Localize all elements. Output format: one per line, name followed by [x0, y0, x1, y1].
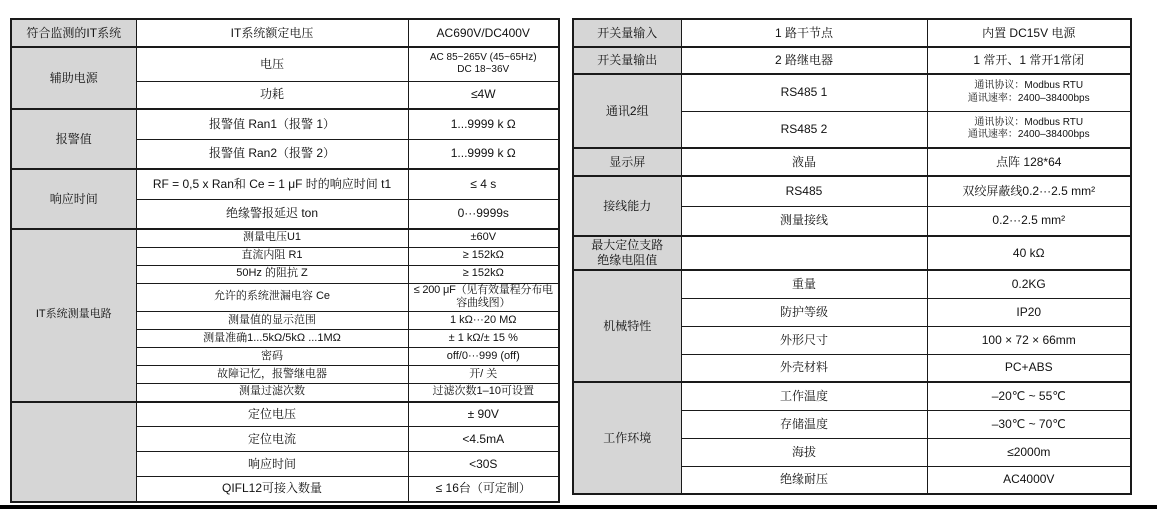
- param-value-cell: 通讯协议：Modbus RTU 通讯速率：2400–38400bps: [927, 74, 1131, 111]
- param-name-cell: 海拔: [681, 438, 927, 466]
- param-value-cell: ≤4W: [408, 81, 559, 109]
- table-row: 报警值 报警值 Ran1（报警 1） 1...9999 k Ω: [11, 109, 559, 139]
- param-name-cell: 测量电压U1: [136, 229, 408, 247]
- left-spec-table: 符合监测的IT系统 IT系统额定电压 AC690V/DC400V 辅助电源 电压…: [10, 18, 560, 503]
- param-value-cell: ±60V: [408, 229, 559, 247]
- table-row: 辅助电源 电压 AC 85~265V (45~65Hz) DC 18~36V: [11, 47, 559, 81]
- param-name-cell: 密码: [136, 348, 408, 366]
- param-name-cell: 测量准确1...5kΩ/5kΩ ...1MΩ: [136, 330, 408, 348]
- param-name-cell: 外壳材料: [681, 354, 927, 382]
- group-label-cell: 开关量输出: [573, 47, 681, 74]
- param-name-cell: 测量值的显示范围: [136, 312, 408, 330]
- param-name-cell: 定位电流: [136, 427, 408, 452]
- param-value-cell: IP20: [927, 298, 1131, 326]
- table-row: 通讯2组 RS485 1 通讯协议：Modbus RTU 通讯速率：2400–3…: [573, 74, 1131, 111]
- param-name-cell: 直流内阻 R1: [136, 247, 408, 265]
- param-value-cell: ≤ 16台（可定制）: [408, 477, 559, 502]
- table-row: 定位电压 ± 90V: [11, 402, 559, 427]
- group-label-cell: 机械特性: [573, 270, 681, 382]
- param-name-cell: [681, 236, 927, 270]
- param-value-cell: 双绞屏蔽线0.2···2.5 mm²: [927, 176, 1131, 206]
- param-name-cell: 工作温度: [681, 382, 927, 410]
- param-name-cell: RS485 1: [681, 74, 927, 111]
- param-value-cell: 1...9999 k Ω: [408, 109, 559, 139]
- param-name-cell: IT系统额定电压: [136, 19, 408, 47]
- param-name-cell: 50Hz 的阻抗 Z: [136, 265, 408, 283]
- param-name-cell: 绝缘警报延迟 ton: [136, 199, 408, 229]
- param-value-cell: 通讯协议：Modbus RTU 通讯速率：2400–38400bps: [927, 111, 1131, 148]
- param-value-cell: 40 kΩ: [927, 236, 1131, 270]
- param-value-cell: –20℃ ~ 55℃: [927, 382, 1131, 410]
- param-value-cell: 0···9999s: [408, 199, 559, 229]
- param-name-cell: 测量过滤次数: [136, 384, 408, 402]
- param-name-cell: 外形尺寸: [681, 326, 927, 354]
- param-value-cell: ≥ 152kΩ: [408, 265, 559, 283]
- param-value-cell: –30℃ ~ 70℃: [927, 410, 1131, 438]
- footer-divider-rule: [0, 505, 1157, 509]
- param-name-cell: 重量: [681, 270, 927, 298]
- group-label-cell: 接线能力: [573, 176, 681, 236]
- param-value-cell: 0.2···2.5 mm²: [927, 206, 1131, 236]
- param-value-cell: 1 kΩ···20 MΩ: [408, 312, 559, 330]
- param-value-cell: ≥ 152kΩ: [408, 247, 559, 265]
- param-name-cell: RS485 2: [681, 111, 927, 148]
- param-value-cell: ± 90V: [408, 402, 559, 427]
- param-name-cell: 1 路干节点: [681, 19, 927, 47]
- param-name-cell: 测量接线: [681, 206, 927, 236]
- spec-sheet-page: 符合监测的IT系统 IT系统额定电压 AC690V/DC400V 辅助电源 电压…: [0, 0, 1157, 515]
- param-name-cell: 功耗: [136, 81, 408, 109]
- right-spec-table: 开关量输入 1 路干节点 内置 DC15V 电源 开关量输出 2 路继电器 1 …: [572, 18, 1132, 495]
- group-label-cell: 辅助电源: [11, 47, 136, 109]
- table-row: IT系统测量电路 测量电压U1 ±60V: [11, 229, 559, 247]
- param-name-cell: RS485: [681, 176, 927, 206]
- param-value-cell: 开/ 关: [408, 366, 559, 384]
- table-row: 开关量输入 1 路干节点 内置 DC15V 电源: [573, 19, 1131, 47]
- table-row: 工作环境 工作温度 –20℃ ~ 55℃: [573, 382, 1131, 410]
- group-label-cell: 显示屏: [573, 148, 681, 176]
- param-value-cell: off/0···999 (off): [408, 348, 559, 366]
- param-value-cell: <30S: [408, 452, 559, 477]
- table-row: 响应时间 RF = 0,5 x Ran和 Ce = 1 μF 时的响应时间 t1…: [11, 169, 559, 199]
- table-row: 开关量输出 2 路继电器 1 常开、1 常开1常闭: [573, 47, 1131, 74]
- param-value-cell: AC 85~265V (45~65Hz) DC 18~36V: [408, 47, 559, 81]
- group-label-cell: 工作环境: [573, 382, 681, 494]
- param-name-cell: 液晶: [681, 148, 927, 176]
- param-value-cell: <4.5mA: [408, 427, 559, 452]
- param-name-cell: 报警值 Ran1（报警 1）: [136, 109, 408, 139]
- param-name-cell: 防护等级: [681, 298, 927, 326]
- param-value-cell: ± 1 kΩ/± 15 %: [408, 330, 559, 348]
- group-label-cell: [11, 402, 136, 502]
- param-name-cell: QIFL12可接入数量: [136, 477, 408, 502]
- table-row: 符合监测的IT系统 IT系统额定电压 AC690V/DC400V: [11, 19, 559, 47]
- param-value-cell: 1 常开、1 常开1常闭: [927, 47, 1131, 74]
- param-value-cell: 0.2KG: [927, 270, 1131, 298]
- table-row: 最大定位支路 绝缘电阻值 40 kΩ: [573, 236, 1131, 270]
- group-label-cell: 报警值: [11, 109, 136, 169]
- param-name-cell: 报警值 Ran2（报警 2）: [136, 139, 408, 169]
- param-name-cell: 2 路继电器: [681, 47, 927, 74]
- param-value-cell: AC4000V: [927, 466, 1131, 494]
- param-value-cell: 点阵 128*64: [927, 148, 1131, 176]
- param-value-cell: 过滤次数1–10可设置: [408, 384, 559, 402]
- param-value-cell: ≤ 200 μF（见有效量程分布电容曲线图）: [408, 283, 559, 312]
- param-value-cell: AC690V/DC400V: [408, 19, 559, 47]
- param-value-cell: 100 × 72 × 66mm: [927, 326, 1131, 354]
- param-value-cell: ≤ 4 s: [408, 169, 559, 199]
- param-name-cell: 绝缘耐压: [681, 466, 927, 494]
- param-value-cell: ≤2000m: [927, 438, 1131, 466]
- table-row: 显示屏 液晶 点阵 128*64: [573, 148, 1131, 176]
- group-label-cell: IT系统测量电路: [11, 229, 136, 402]
- group-label-cell: 符合监测的IT系统: [11, 19, 136, 47]
- table-row: 机械特性 重量 0.2KG: [573, 270, 1131, 298]
- param-name-cell: 响应时间: [136, 452, 408, 477]
- group-label-cell: 通讯2组: [573, 74, 681, 148]
- group-label-cell: 开关量输入: [573, 19, 681, 47]
- param-name-cell: 电压: [136, 47, 408, 81]
- param-name-cell: 存储温度: [681, 410, 927, 438]
- param-value-cell: 内置 DC15V 电源: [927, 19, 1131, 47]
- table-row: 接线能力 RS485 双绞屏蔽线0.2···2.5 mm²: [573, 176, 1131, 206]
- param-value-cell: PC+ABS: [927, 354, 1131, 382]
- param-name-cell: 故障记忆，报警继电器: [136, 366, 408, 384]
- param-name-cell: 允许的系统泄漏电容 Ce: [136, 283, 408, 312]
- group-label-cell: 响应时间: [11, 169, 136, 229]
- param-name-cell: 定位电压: [136, 402, 408, 427]
- param-name-cell: RF = 0,5 x Ran和 Ce = 1 μF 时的响应时间 t1: [136, 169, 408, 199]
- group-label-cell: 最大定位支路 绝缘电阻值: [573, 236, 681, 270]
- param-value-cell: 1...9999 k Ω: [408, 139, 559, 169]
